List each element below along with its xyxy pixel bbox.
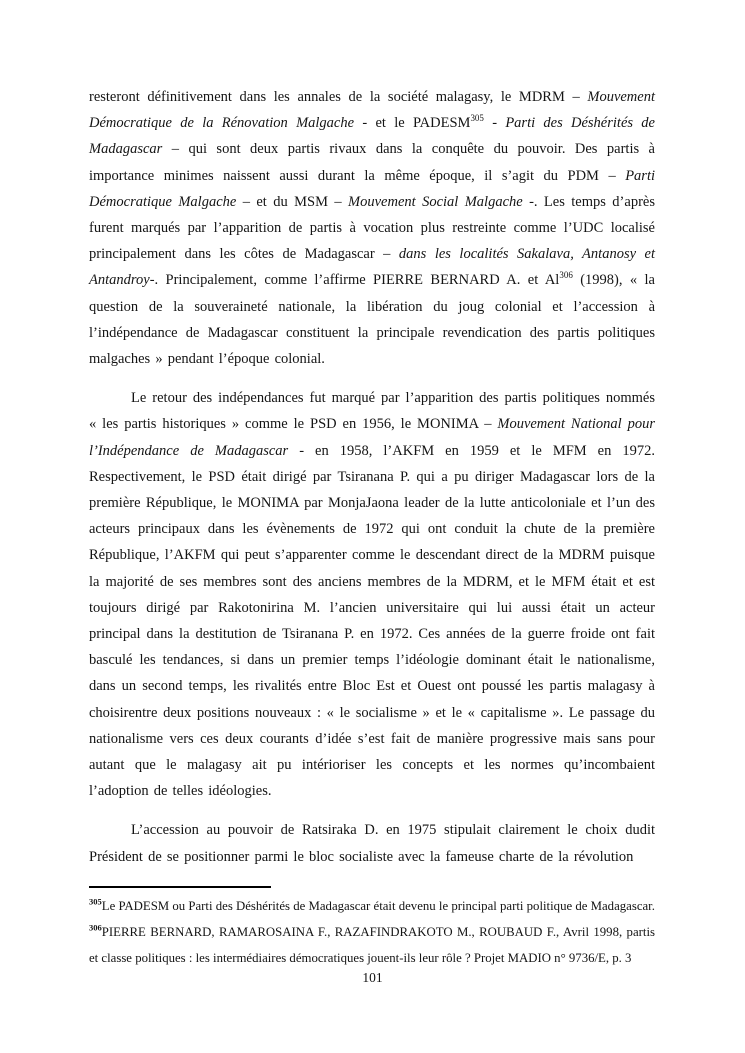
page-body: resteront définitivement dans les annale…: [89, 84, 655, 870]
document-page: resteront définitivement dans les annale…: [0, 0, 745, 1053]
page-number: 101: [0, 970, 745, 986]
footnote-marker-306: 306: [89, 923, 102, 933]
body-paragraph-3: L’accession au pouvoir de Ratsiraka D. e…: [89, 817, 655, 869]
footnote-area: 305Le PADESM ou Parti des Déshérités de …: [89, 878, 655, 971]
footnote-305: 305Le PADESM ou Parti des Déshérités de …: [89, 893, 655, 919]
footnote-separator: [89, 886, 271, 888]
body-paragraph-1: resteront définitivement dans les annale…: [89, 84, 655, 372]
footnote-text-306: PIERRE BERNARD, RAMAROSAINA F., RAZAFIND…: [89, 925, 655, 965]
body-paragraph-2: Le retour des indépendances fut marqué p…: [89, 385, 655, 804]
footnote-marker-305: 305: [89, 897, 102, 907]
footnote-text-305: Le PADESM ou Parti des Déshérités de Mad…: [102, 899, 655, 913]
footnote-306: 306PIERRE BERNARD, RAMAROSAINA F., RAZAF…: [89, 919, 655, 971]
